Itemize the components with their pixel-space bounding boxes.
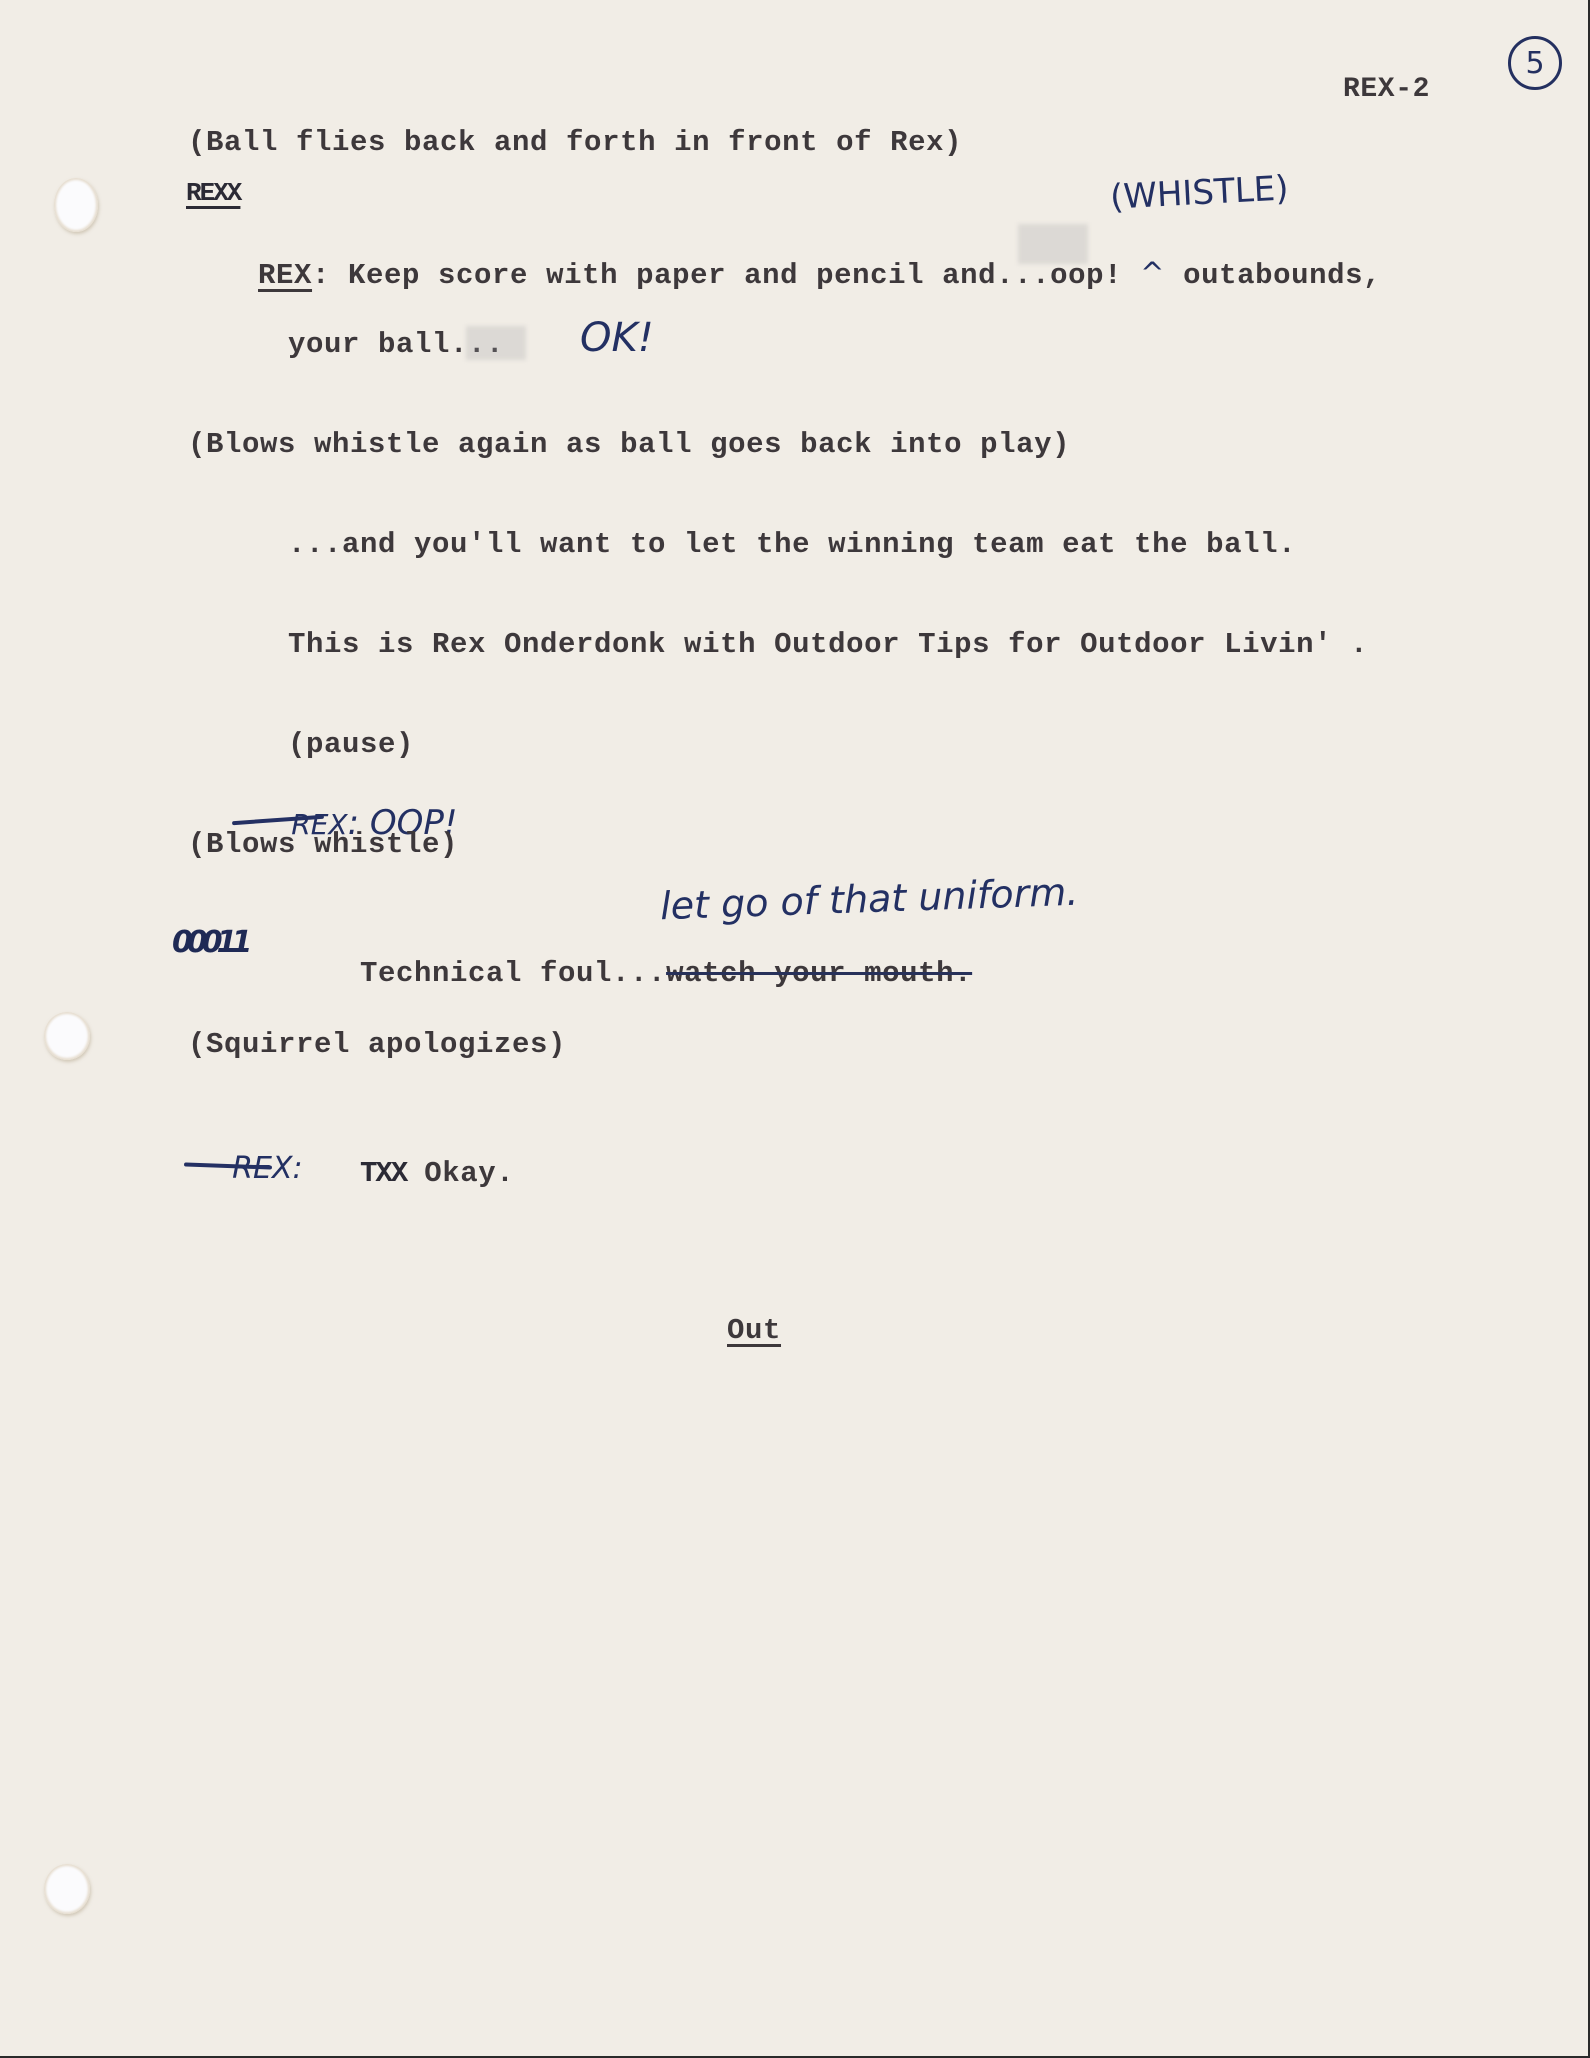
page-label: REX-2 bbox=[1343, 76, 1430, 104]
handwritten-replacement: let go of that uniform. bbox=[659, 873, 1078, 926]
stage-direction: (Squirrel apologizes) bbox=[188, 1030, 566, 1059]
speaker-name: REX bbox=[258, 259, 312, 292]
dialogue-line: ...and you'll want to let the winning te… bbox=[288, 530, 1296, 559]
dialogue-text: Technical foul... bbox=[360, 957, 666, 990]
stage-direction: (Ball flies back and forth in front of R… bbox=[188, 128, 962, 157]
struck-text: watch your mouth. bbox=[666, 957, 972, 990]
dialogue-line: REX: Keep score with paper and pencil an… bbox=[186, 230, 1381, 319]
circled-page-number: 5 bbox=[1508, 36, 1562, 90]
stage-direction: (pause) bbox=[288, 730, 414, 759]
dialogue-line: Technical foul...watch your mouth. bbox=[288, 930, 972, 1017]
stage-direction: (Blows whistle again as ball goes back i… bbox=[188, 430, 1070, 459]
ending-marker: Out bbox=[727, 1316, 781, 1345]
stage-direction: (Blows whistle) bbox=[188, 830, 458, 859]
handwritten-whistle-insert: (WHISTLE) bbox=[1109, 171, 1289, 214]
dialogue-line: This is Rex Onderdonk with Outdoor Tips … bbox=[288, 630, 1368, 659]
smudge bbox=[1018, 224, 1088, 264]
dialogue-text: outabounds, bbox=[1165, 259, 1381, 292]
struck-word: TXX bbox=[360, 1157, 406, 1190]
page-number: 5 bbox=[1525, 46, 1544, 81]
dialogue-text: Okay. bbox=[424, 1157, 514, 1190]
hole-punch-bottom bbox=[44, 1864, 90, 1914]
script-page: REX-2 5 (Ball flies back and forth in fr… bbox=[0, 0, 1590, 2058]
handwritten-speaker: REX: bbox=[194, 1124, 303, 1214]
dialogue-text: : Keep score with paper and pencil and..… bbox=[312, 259, 1140, 292]
hole-punch-middle bbox=[44, 1012, 90, 1060]
handwritten-ok: OK! bbox=[580, 318, 654, 358]
hole-punch-top bbox=[54, 178, 98, 232]
struck-speaker: REXX bbox=[186, 180, 240, 206]
dialogue-line: TXX Okay. bbox=[288, 1130, 514, 1217]
smudge bbox=[466, 326, 526, 360]
insert-caret: ^ bbox=[1140, 256, 1165, 290]
scribble-out-mark: 00011 bbox=[172, 928, 246, 958]
